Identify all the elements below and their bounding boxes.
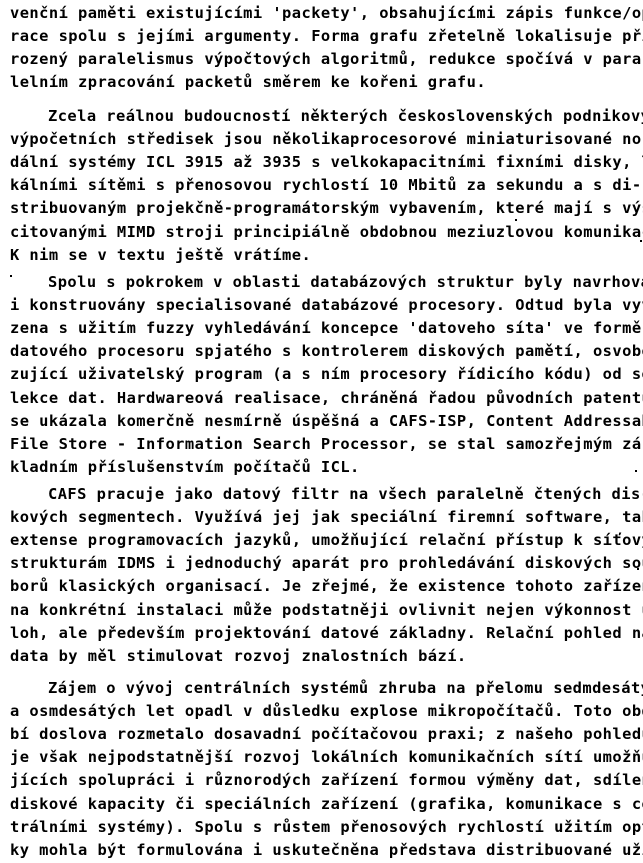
text-line: zující uživatelský program (a s ním proc… — [10, 365, 643, 383]
text-line: trálními systémy). Spolu s růstem přenos… — [10, 818, 643, 836]
text-line: stribuovaným projekčně-programátorským v… — [10, 199, 643, 217]
scan-speck — [362, 652, 364, 654]
scan-speck — [640, 240, 642, 242]
text-line: kladním příslušenstvím počítačů ICL. — [10, 458, 360, 476]
text-line: Spolu s pokrokem v oblasti databázových … — [48, 273, 643, 291]
text-line: rozený paralelismus výpočtových algoritm… — [10, 50, 643, 68]
scan-speck — [10, 275, 12, 277]
text-line: lekce dat. Hardwareová realisace, chráně… — [10, 389, 643, 407]
text-line: K nim se v textu ještě vrátíme. — [10, 246, 311, 264]
text-line: výpočetních středisek jsou několikaproce… — [10, 130, 643, 148]
text-line: ky mohla být formulována i uskutečněna p… — [10, 841, 643, 859]
scan-speck — [635, 470, 637, 472]
text-line: kálními sítěmi s přenosovou rychlostí 10… — [10, 176, 642, 194]
text-line: borů klasických organisací. Je zřejmé, ž… — [10, 577, 643, 595]
text-line: loh, ale především projektování datové z… — [10, 624, 643, 642]
text-line: data by měl stimulovat rozvoj znalostníc… — [10, 647, 467, 665]
scanned-document-page: venční paměti existujícími 'packety', ob… — [0, 0, 643, 863]
text-line: na konkrétní instalaci může podstatněji … — [10, 601, 643, 619]
text-line: datového procesoru spjatého s kontrolere… — [10, 342, 643, 360]
text-line: extense programovacích jazyků, umožňujíc… — [10, 531, 643, 549]
scan-speck — [470, 8, 472, 10]
text-line: CAFS pracuje jako datový filtr na všech … — [48, 485, 643, 503]
text-line: race spolu s jejími argumenty. Forma gra… — [10, 27, 643, 45]
text-line: je však nejpodstatnější rozvoj lokálních… — [10, 748, 643, 766]
text-line: dální systémy ICL 3915 až 3935 s velkoka… — [10, 153, 643, 171]
text-line: diskové kapacity či speciálních zařízení… — [10, 795, 643, 813]
text-line: bí doslova rozmetalo dosavadní počítačov… — [10, 725, 643, 743]
text-line: Zcela reálnou budoucností některých česk… — [48, 107, 643, 125]
text-line: kových segmentech. Využívá jej jak speci… — [10, 508, 643, 526]
text-line: File Store - Information Search Processo… — [10, 435, 643, 453]
scan-speck — [637, 568, 639, 570]
text-line: jících spolupráci i různorodých zařízení… — [10, 771, 643, 789]
text-line: venční paměti existujícími 'packety', ob… — [10, 4, 643, 22]
text-line: i konstruovány specialisované databázové… — [10, 296, 643, 314]
text-line: a osmdesátých let opadl v důsledku explo… — [10, 702, 643, 720]
text-line: Zájem o vývoj centrálních systémů zhruba… — [48, 679, 643, 697]
text-line: strukturám IDMS i jednoduchý aparát pro … — [10, 554, 643, 572]
scan-speck — [515, 219, 517, 221]
text-line: zena s užitím fuzzy vyhledávání koncepce… — [10, 319, 642, 337]
text-line: se ukázala komerčně nesmírně úspěšná a C… — [10, 412, 643, 430]
text-line: lelním zpracování packetů směrem ke koře… — [10, 73, 486, 91]
text-line: citovanými MIMD stroji principiálně obdo… — [10, 223, 643, 241]
